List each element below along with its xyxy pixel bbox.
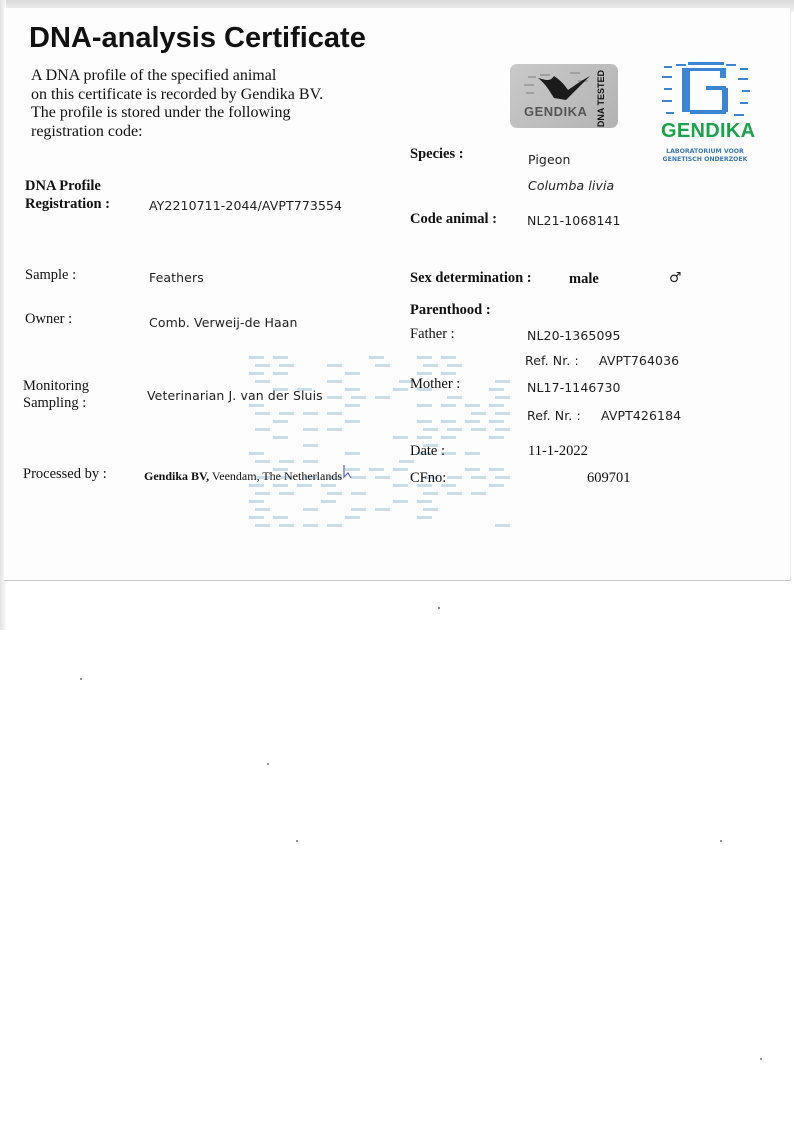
watermark-dash xyxy=(465,452,480,455)
father-ref-value: AVPT764036 xyxy=(599,353,679,368)
registration-label-line: DNA Profile xyxy=(25,177,110,195)
watermark-dash xyxy=(273,516,288,519)
watermark-dash xyxy=(273,420,288,423)
monitoring-label: Monitoring Sampling : xyxy=(23,378,89,412)
mother-ref-label: Ref. Nr. : xyxy=(527,408,581,423)
watermark-dash xyxy=(327,428,342,431)
watermark-dash xyxy=(489,436,504,439)
sample-value: Feathers xyxy=(149,270,204,285)
dna-watermark xyxy=(249,356,529,536)
sex-value: male xyxy=(569,270,599,288)
sample-label: Sample : xyxy=(25,267,76,284)
male-symbol-icon: ♂ xyxy=(669,270,682,286)
watermark-dash xyxy=(255,460,270,463)
watermark-dash xyxy=(495,396,510,399)
watermark-dash xyxy=(441,372,456,375)
watermark-dash xyxy=(345,452,360,455)
watermark-dash xyxy=(471,476,486,479)
watermark-dash xyxy=(495,524,510,527)
cfno-value: 609701 xyxy=(587,470,631,487)
watermark-dash xyxy=(417,420,432,423)
watermark-dash xyxy=(327,524,342,527)
watermark-dash xyxy=(423,508,438,511)
watermark-dash xyxy=(345,420,360,423)
intro-line: registration code: xyxy=(31,123,361,142)
species-latin: Columba livia xyxy=(528,178,614,193)
code-animal-label: Code animal : xyxy=(410,210,497,228)
monitoring-label-line: Monitoring xyxy=(23,378,89,395)
registration-label: DNA Profile Registration : xyxy=(25,177,110,213)
watermark-dash xyxy=(465,468,480,471)
watermark-dash xyxy=(375,508,390,511)
scan-speck xyxy=(720,840,722,842)
watermark-dash xyxy=(417,500,432,503)
watermark-dash xyxy=(375,476,390,479)
watermark-dash xyxy=(327,412,342,415)
dna-tested-badge: GENDIKA DNA TESTED xyxy=(510,64,618,128)
logo-subtitle-line: LABORATORIUM VOOR xyxy=(660,148,750,156)
watermark-dash xyxy=(327,364,342,367)
watermark-dash xyxy=(393,388,408,391)
watermark-dash xyxy=(255,492,270,495)
watermark-dash xyxy=(447,364,462,367)
watermark-dash xyxy=(351,476,366,479)
watermark-dash xyxy=(249,516,264,519)
watermark-dash xyxy=(399,460,414,463)
watermark-dash xyxy=(447,492,462,495)
watermark-dash xyxy=(303,444,318,447)
watermark-dash xyxy=(249,500,264,503)
watermark-dash xyxy=(255,364,270,367)
watermark-dash xyxy=(255,380,270,383)
parenthood-label: Parenthood : xyxy=(410,301,491,319)
watermark-dash xyxy=(249,372,264,375)
watermark-dash xyxy=(471,492,486,495)
processed-value: Gendika BV, Veendam, The Netherlands xyxy=(144,469,342,484)
watermark-dash xyxy=(255,508,270,511)
watermark-dash xyxy=(441,420,456,423)
watermark-dash xyxy=(495,380,510,383)
watermark-dash xyxy=(321,484,336,487)
scan-speck xyxy=(296,840,298,842)
watermark-dash xyxy=(345,404,360,407)
species-common: Pigeon xyxy=(528,152,571,167)
code-animal-value: NL21-1068141 xyxy=(527,213,621,228)
intro-text: A DNA profile of the specified animal on… xyxy=(31,67,361,141)
watermark-dash xyxy=(495,412,510,415)
watermark-dash xyxy=(249,452,264,455)
mother-label: Mother : xyxy=(410,376,460,393)
watermark-dash xyxy=(303,508,318,511)
watermark-dash xyxy=(303,524,318,527)
watermark-dash xyxy=(375,396,390,399)
watermark-dash xyxy=(345,516,360,519)
watermark-dash xyxy=(351,492,366,495)
watermark-dash xyxy=(297,484,312,487)
watermark-dash xyxy=(417,516,432,519)
watermark-dash xyxy=(351,508,366,511)
date-value: 11-1-2022 xyxy=(528,443,588,460)
watermark-dash xyxy=(327,380,342,383)
watermark-dash xyxy=(417,436,432,439)
sex-label: Sex determination : xyxy=(410,269,532,287)
watermark-dash xyxy=(303,428,318,431)
watermark-dash xyxy=(249,404,264,407)
date-label: Date : xyxy=(410,443,445,460)
gendika-logo-text: GENDIKA xyxy=(661,120,755,143)
watermark-dash xyxy=(471,428,486,431)
watermark-dash xyxy=(393,436,408,439)
cfno-label: CFno: xyxy=(410,470,446,487)
watermark-dash xyxy=(279,492,294,495)
watermark-dash xyxy=(417,356,432,359)
watermark-dash xyxy=(489,420,504,423)
watermark-dash xyxy=(279,364,294,367)
signature-mark-icon xyxy=(341,463,353,481)
watermark-dash xyxy=(489,484,504,487)
monitoring-label-line: Sampling : xyxy=(23,395,89,412)
watermark-dash xyxy=(417,404,432,407)
owner-label: Owner : xyxy=(25,311,72,328)
watermark-dash xyxy=(441,436,456,439)
father-ref-label: Ref. Nr. : xyxy=(525,353,579,368)
watermark-dash xyxy=(447,428,462,431)
father-value: NL20-1365095 xyxy=(527,328,621,343)
registration-value: AY2210711-2044/AVPT773554 xyxy=(149,198,342,213)
watermark-dash xyxy=(321,500,336,503)
watermark-dash xyxy=(327,492,342,495)
intro-line: A DNA profile of the specified animal xyxy=(31,67,361,86)
scan-speck xyxy=(80,678,82,680)
logo-subtitle-line: GENETISCH ONDERZOEK xyxy=(660,156,750,164)
watermark-dash xyxy=(423,492,438,495)
intro-line: on this certificate is recorded by Gendi… xyxy=(31,86,361,105)
watermark-dash xyxy=(273,372,288,375)
watermark-dash xyxy=(441,404,456,407)
watermark-dash xyxy=(447,396,462,399)
watermark-dash xyxy=(303,412,318,415)
watermark-dash xyxy=(279,412,294,415)
watermark-dash xyxy=(351,396,366,399)
species-label: Species : xyxy=(410,145,464,163)
watermark-dash xyxy=(465,404,480,407)
scan-speck xyxy=(267,763,269,765)
watermark-dash xyxy=(489,404,504,407)
watermark-dash xyxy=(273,484,288,487)
watermark-dash xyxy=(393,468,408,471)
watermark-dash xyxy=(489,388,504,391)
watermark-dash xyxy=(255,428,270,431)
watermark-dash xyxy=(279,460,294,463)
watermark-dash xyxy=(423,364,438,367)
watermark-dash xyxy=(441,356,456,359)
watermark-dash xyxy=(417,372,432,375)
watermark-dash xyxy=(369,356,384,359)
badge-brand: GENDIKA xyxy=(524,104,587,119)
watermark-dash xyxy=(303,460,318,463)
scan-speck xyxy=(438,607,440,609)
watermark-dash xyxy=(495,428,510,431)
watermark-dash xyxy=(255,412,270,415)
owner-value: Comb. Verweij-de Haan xyxy=(149,315,298,330)
watermark-dash xyxy=(273,356,288,359)
mother-value: NL17-1146730 xyxy=(527,380,621,395)
watermark-dash xyxy=(327,396,342,399)
watermark-dash xyxy=(423,428,438,431)
scan-speck xyxy=(760,1058,762,1060)
watermark-dash xyxy=(471,412,486,415)
watermark-dash xyxy=(369,468,384,471)
watermark-dash xyxy=(249,356,264,359)
badge-tested-label: DNA TESTED xyxy=(596,70,606,127)
watermark-dash xyxy=(345,372,360,375)
watermark-dash xyxy=(345,388,360,391)
watermark-dash xyxy=(273,436,288,439)
watermark-dash xyxy=(393,484,408,487)
intro-line: The profile is stored under the followin… xyxy=(31,104,361,123)
watermark-dash xyxy=(393,500,408,503)
processed-label: Processed by : xyxy=(23,466,107,483)
monitoring-value: Veterinarian J. van der Sluis xyxy=(147,388,323,403)
mother-ref-value: AVPT426184 xyxy=(601,408,681,423)
gendika-logo-subtitle: LABORATORIUM VOOR GENETISCH ONDERZOEK xyxy=(660,148,750,164)
processed-company: Gendika BV, xyxy=(144,469,209,483)
watermark-dash xyxy=(495,476,510,479)
watermark-dash xyxy=(447,476,462,479)
watermark-dash xyxy=(255,524,270,527)
watermark-dash xyxy=(375,364,390,367)
watermark-dash xyxy=(249,484,264,487)
gendika-logo-icon xyxy=(660,60,752,120)
certificate-sheet: DNA-analysis Certificate A DNA profile o… xyxy=(4,8,791,581)
watermark-dash xyxy=(279,524,294,527)
watermark-dash xyxy=(465,420,480,423)
registration-label-line: Registration : xyxy=(25,195,110,213)
watermark-dash xyxy=(489,468,504,471)
processed-location: Veendam, The Netherlands xyxy=(209,469,342,483)
father-label: Father : xyxy=(410,326,455,343)
certificate-title: DNA-analysis Certificate xyxy=(29,22,366,55)
